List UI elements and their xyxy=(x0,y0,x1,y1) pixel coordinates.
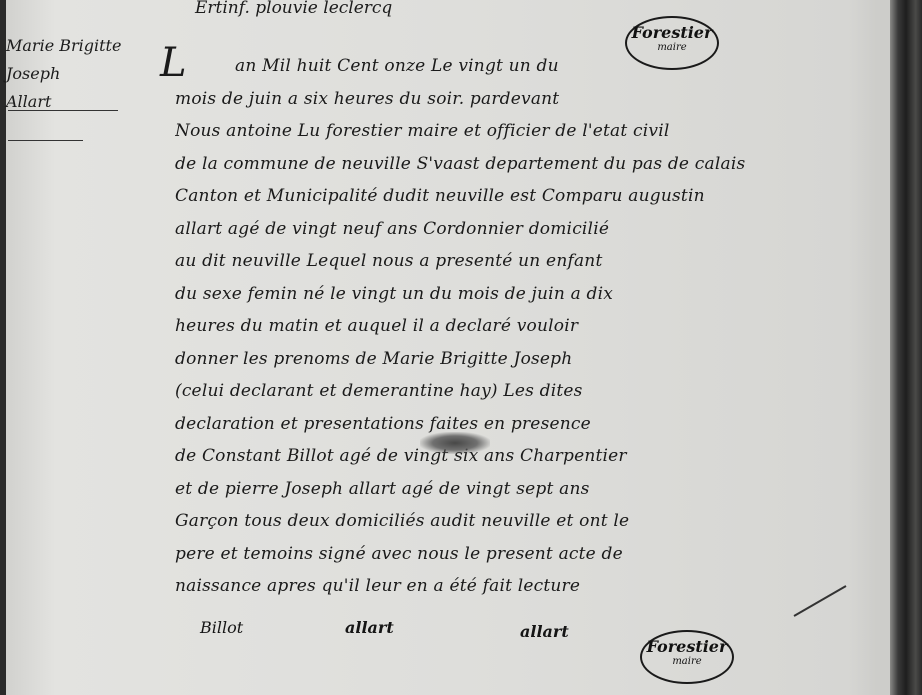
record-line: donner les prenoms de Marie Brigitte Jos… xyxy=(175,343,875,376)
record-line: (celui declarant et demerantine hay) Les… xyxy=(175,375,875,408)
record-line: naissance apres qu'il leur en a été fait… xyxy=(175,570,875,603)
record-line: allart agé de vingt neuf ans Cordonnier … xyxy=(175,213,875,246)
margin-rule xyxy=(8,110,118,111)
signatures-row: Billot allart allart xyxy=(200,618,650,648)
record-line: an Mil huit Cent onze Le vingt un du xyxy=(175,50,875,83)
record-line: Canton et Municipalité dudit neuville es… xyxy=(175,180,875,213)
record-line: Garçon tous deux domiciliés audit neuvil… xyxy=(175,505,875,538)
record-line: au dit neuville Lequel nous a presenté u… xyxy=(175,245,875,278)
record-line: mois de juin a six heures du soir. parde… xyxy=(175,83,875,116)
margin-rule xyxy=(8,140,83,141)
record-line: Nous antoine Lu forestier maire et offic… xyxy=(175,115,875,148)
record-line: et de pierre Joseph allart agé de vingt … xyxy=(175,473,875,506)
top-fragment-text: Ertinf. plouvie leclercq xyxy=(195,0,392,18)
mayor-seal-bottom: Forestier maire xyxy=(640,630,734,684)
seal-title: maire xyxy=(642,656,732,668)
margin-note-line: Allart xyxy=(6,88,156,116)
signature-billot: Billot xyxy=(200,618,243,637)
margin-note: Marie Brigitte Joseph Allart xyxy=(6,32,156,116)
margin-note-line: Marie Brigitte xyxy=(6,32,156,60)
signature-allart-1: allart xyxy=(345,618,394,637)
ink-blot xyxy=(420,432,490,454)
record-line: du sexe femin né le vingt un du mois de … xyxy=(175,278,875,311)
signature-allart-2: allart xyxy=(520,622,569,641)
seal-name: Forestier xyxy=(642,638,732,656)
record-line: de la commune de neuville S'vaast depart… xyxy=(175,148,875,181)
record-line: pere et temoins signé avec nous le prese… xyxy=(175,538,875,571)
margin-note-line: Joseph xyxy=(6,60,156,88)
record-body: an Mil huit Cent onze Le vingt un du moi… xyxy=(175,50,875,603)
right-binding-edge xyxy=(890,0,922,695)
record-line: de Constant Billot agé de vingt six ans … xyxy=(175,440,875,473)
seal-name: Forestier xyxy=(627,24,717,42)
record-line: heures du matin et auquel il a declaré v… xyxy=(175,310,875,343)
record-line: declaration et presentations faites en p… xyxy=(175,408,875,441)
document-page: Ertinf. plouvie leclercq Marie Brigitte … xyxy=(0,0,922,695)
